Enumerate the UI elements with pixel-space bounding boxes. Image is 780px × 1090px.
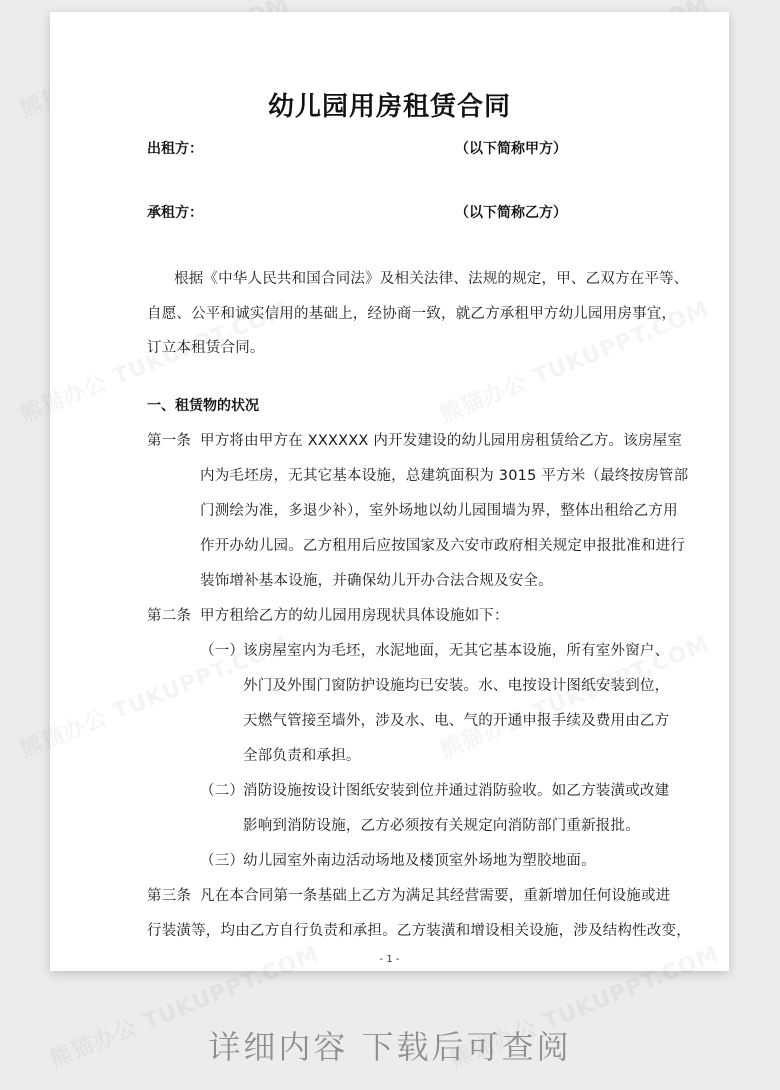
item-marker: （二） xyxy=(200,779,244,800)
article-label: 第三条 xyxy=(147,884,191,905)
document-page: 幼儿园用房租赁合同 出租方： （以下简称甲方） 承租方： （以下简称乙方） 根据… xyxy=(50,12,729,971)
article-line: 装饰增补基本设施，并确保幼儿开办合法合规及安全。 xyxy=(200,569,553,590)
item-line: 全部负责和承担。 xyxy=(243,744,361,765)
lessee-alias: （以下简称乙方） xyxy=(455,202,567,222)
lessee-label: 承租方： xyxy=(147,202,203,222)
article-line: 作开办幼儿园。乙方租用后应按国家及六安市政府相关规定申报批准和进行 xyxy=(200,534,685,555)
item-marker: （三） xyxy=(200,849,244,870)
item-line: 天燃气管接至墙外，涉及水、电、气的开通申报手续及费用由乙方 xyxy=(243,709,669,730)
item-line: 影响到消防设施，乙方必须按有关规定向消防部门重新报批。 xyxy=(243,814,640,835)
article-line: 甲方租给乙方的幼儿园用房现状具体设施如下： xyxy=(200,604,509,625)
lessor-label: 出租方： xyxy=(147,138,203,158)
article-line: 甲方将由甲方在 XXXXXX 内开发建设的幼儿园用房租赁给乙方。该房屋室 xyxy=(200,429,682,450)
page-number: - 1 - xyxy=(50,954,729,965)
item-line: 幼儿园室外南边活动场地及楼顶室外场地为塑胶地面。 xyxy=(243,849,596,870)
article-label: 第二条 xyxy=(147,604,191,625)
preamble-line: 订立本租赁合同。 xyxy=(147,336,265,357)
article-line: 门测绘为准，多退少补），室外场地以幼儿园围墙为界，整体出租给乙方用 xyxy=(200,499,678,520)
article-line: 行装潢等，均由乙方自行负责和承担。乙方装潢和增设相关设施，涉及结构性改变， xyxy=(147,919,691,940)
section-heading: 一、租赁物的状况 xyxy=(147,395,259,415)
article-line: 内为毛坯房，无其它基本设施，总建筑面积为 3015 平方米（最终按房管部 xyxy=(200,464,688,485)
lessor-alias: （以下简称甲方） xyxy=(455,138,567,158)
article-label: 第一条 xyxy=(147,429,191,450)
item-line: 该房屋室内为毛坯，水泥地面，无其它基本设施，所有室外窗户、 xyxy=(243,639,669,660)
item-marker: （一） xyxy=(200,639,244,660)
download-banner: 详细内容 下载后可查阅 xyxy=(0,1022,780,1068)
article-line: 凡在本合同第一条基础上乙方为满足其经营需要，重新增加任何设施或进 xyxy=(200,884,670,905)
document-title: 幼儿园用房租赁合同 xyxy=(50,86,729,123)
preamble-line: 自愿、公平和诚实信用的基础上，经协商一致，就乙方承租甲方幼儿园用房事宜， xyxy=(147,302,676,323)
preamble-line: 根据《中华人民共和国合同法》及相关法律、法规的规定，甲、乙双方在平等、 xyxy=(174,267,689,288)
item-line: 外门及外围门窗防护设施均已安装。水、电按设计图纸安装到位， xyxy=(243,674,669,695)
item-line: 消防设施按设计图纸安装到位并通过消防验收。如乙方装潢或改建 xyxy=(243,779,669,800)
